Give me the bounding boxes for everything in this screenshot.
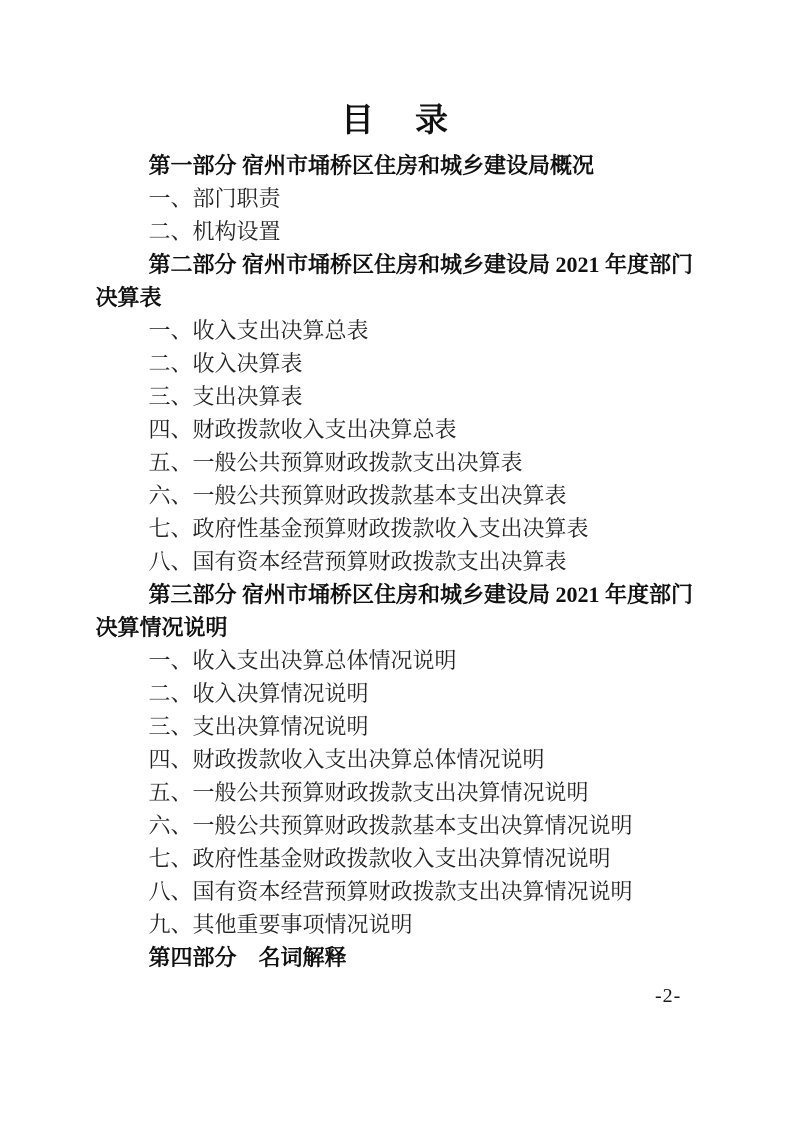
toc-entry: 二、收入决算表 [96, 347, 698, 380]
toc-section-heading: 第三部分 宿州市埇桥区住房和城乡建设局 2021 年度部门决算情况说明 [96, 578, 698, 644]
document-page: 目 录 第一部分 宿州市埇桥区住房和城乡建设局概况一、部门职责二、机构设置第二部… [0, 0, 793, 1122]
toc-entry: 二、收入决算情况说明 [96, 677, 698, 710]
page-number: -2- [655, 984, 681, 1008]
toc-entry: 八、国有资本经营预算财政拨款支出决算表 [96, 545, 698, 578]
toc-entry: 一、收入支出决算总表 [96, 314, 698, 347]
toc-entry: 六、一般公共预算财政拨款基本支出决算情况说明 [96, 809, 698, 842]
toc-section-heading: 第四部分 名词解释 [96, 941, 698, 974]
toc-entry: 三、支出决算情况说明 [96, 710, 698, 743]
toc-entry: 二、机构设置 [96, 215, 698, 248]
toc-entry: 四、财政拨款收入支出决算总体情况说明 [96, 743, 698, 776]
toc-list: 第一部分 宿州市埇桥区住房和城乡建设局概况一、部门职责二、机构设置第二部分 宿州… [96, 149, 698, 974]
toc-entry: 五、一般公共预算财政拨款支出决算表 [96, 446, 698, 479]
toc-entry: 五、一般公共预算财政拨款支出决算情况说明 [96, 776, 698, 809]
toc-entry: 七、政府性基金预算财政拨款收入支出决算表 [96, 512, 698, 545]
toc-entry: 四、财政拨款收入支出决算总表 [96, 413, 698, 446]
toc-section-heading: 第一部分 宿州市埇桥区住房和城乡建设局概况 [96, 149, 698, 182]
toc-entry: 八、国有资本经营预算财政拨款支出决算情况说明 [96, 875, 698, 908]
toc-entry: 七、政府性基金财政拨款收入支出决算情况说明 [96, 842, 698, 875]
toc-entry: 一、部门职责 [96, 182, 698, 215]
page-title: 目 录 [0, 0, 793, 141]
toc-section-heading: 第二部分 宿州市埇桥区住房和城乡建设局 2021 年度部门决算表 [96, 248, 698, 314]
toc-entry: 六、一般公共预算财政拨款基本支出决算表 [96, 479, 698, 512]
toc-entry: 九、其他重要事项情况说明 [96, 908, 698, 941]
toc-entry: 三、支出决算表 [96, 380, 698, 413]
toc-entry: 一、收入支出决算总体情况说明 [96, 644, 698, 677]
